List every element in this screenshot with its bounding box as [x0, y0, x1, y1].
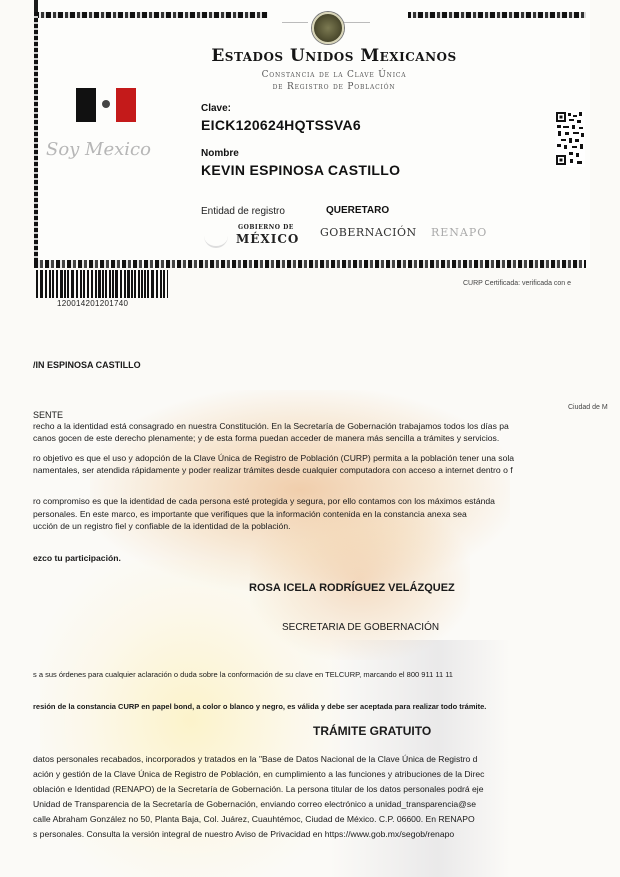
qr-code-icon	[555, 111, 585, 167]
mexico-flag-icon	[76, 88, 136, 122]
decorative-border	[34, 260, 586, 268]
gobernacion-logo: GOBERNACIÓN	[320, 226, 417, 239]
subtitle-line-2: de Registro de Población	[164, 81, 504, 93]
privacy-line-5: calle Abraham González no 50, Planta Baj…	[33, 812, 475, 827]
paragraph-3-line-1: ro compromiso es que la identidad de cad…	[33, 495, 495, 507]
signer-title: SECRETARIA DE GOBERNACIÓN	[282, 622, 439, 633]
paragraph-2-line-1: ro objetivo es que el uso y adopción de …	[33, 452, 514, 464]
paragraph-3-line-3: ucción de un registro fiel y confiable d…	[33, 520, 291, 532]
document-subtitle: Constancia de la Clave Única de Registro…	[164, 69, 504, 93]
privacy-line-4: Unidad de Transparencia de la Secretaría…	[33, 797, 476, 812]
validity-note: resión de la constancia CURP en papel bo…	[33, 702, 486, 711]
letter-greeting: SENTE	[33, 410, 63, 420]
barcode-icon	[36, 270, 168, 298]
entidad-value: QUERETARO	[326, 205, 389, 216]
closing: ezco tu participación.	[33, 552, 121, 564]
paragraph-1-line-1: recho a la identidad está consagrado en …	[33, 420, 509, 432]
clave-value: EICK120624HQTSSVA6	[201, 117, 361, 133]
letter-addressee: /IN ESPINOSA CASTILLO	[33, 360, 141, 370]
gobierno-logo-small: GOBIERNO DE	[238, 224, 294, 231]
clave-label: Clave:	[201, 103, 231, 114]
national-seal-icon	[312, 12, 344, 44]
free-notice: TRÁMITE GRATUITO	[313, 724, 431, 738]
curp-certificate	[34, 0, 590, 268]
barcode-number: 120014201201740	[57, 299, 128, 308]
entidad-label: Entidad de registro	[201, 206, 285, 217]
privacy-line-6: s personales. Consulta la versión integr…	[33, 827, 454, 842]
gobierno-logo: MÉXICO	[236, 232, 299, 246]
privacy-line-1: datos personales recabados, incorporados…	[33, 752, 477, 767]
privacy-line-2: ación y gestión de la Clave Única de Reg…	[33, 767, 484, 782]
nombre-value: KEVIN ESPINOSA CASTILLO	[201, 162, 400, 178]
renapo-logo: RENAPO	[431, 226, 487, 239]
seal-wing-right	[344, 22, 370, 33]
paragraph-2-line-2: namentales, ser atendida rápidamente y p…	[33, 464, 513, 476]
slogan: Soy Mexico	[46, 139, 151, 160]
signer-name: ROSA ICELA RODRÍGUEZ VELÁZQUEZ	[249, 582, 455, 594]
decorative-border	[34, 12, 38, 268]
country-title: Estados Unidos Mexicanos	[164, 46, 504, 66]
nombre-label: Nombre	[201, 148, 239, 159]
letter-city: Ciudad de M	[568, 404, 608, 411]
telcurp-note: s a sus órdenes para cualquier aclaració…	[33, 670, 453, 679]
subtitle-line-1: Constancia de la Clave Única	[164, 69, 504, 81]
seal-wing-left	[282, 22, 308, 33]
paragraph-3-line-2: personales. En este marco, es importante…	[33, 508, 467, 520]
verification-note: CURP Certificada: verificada con e	[463, 280, 571, 287]
privacy-line-3: oblación e Identidad (RENAPO) de la Secr…	[33, 782, 484, 797]
paragraph-1-line-2: canos gocen de este derecho plenamente; …	[33, 432, 499, 444]
